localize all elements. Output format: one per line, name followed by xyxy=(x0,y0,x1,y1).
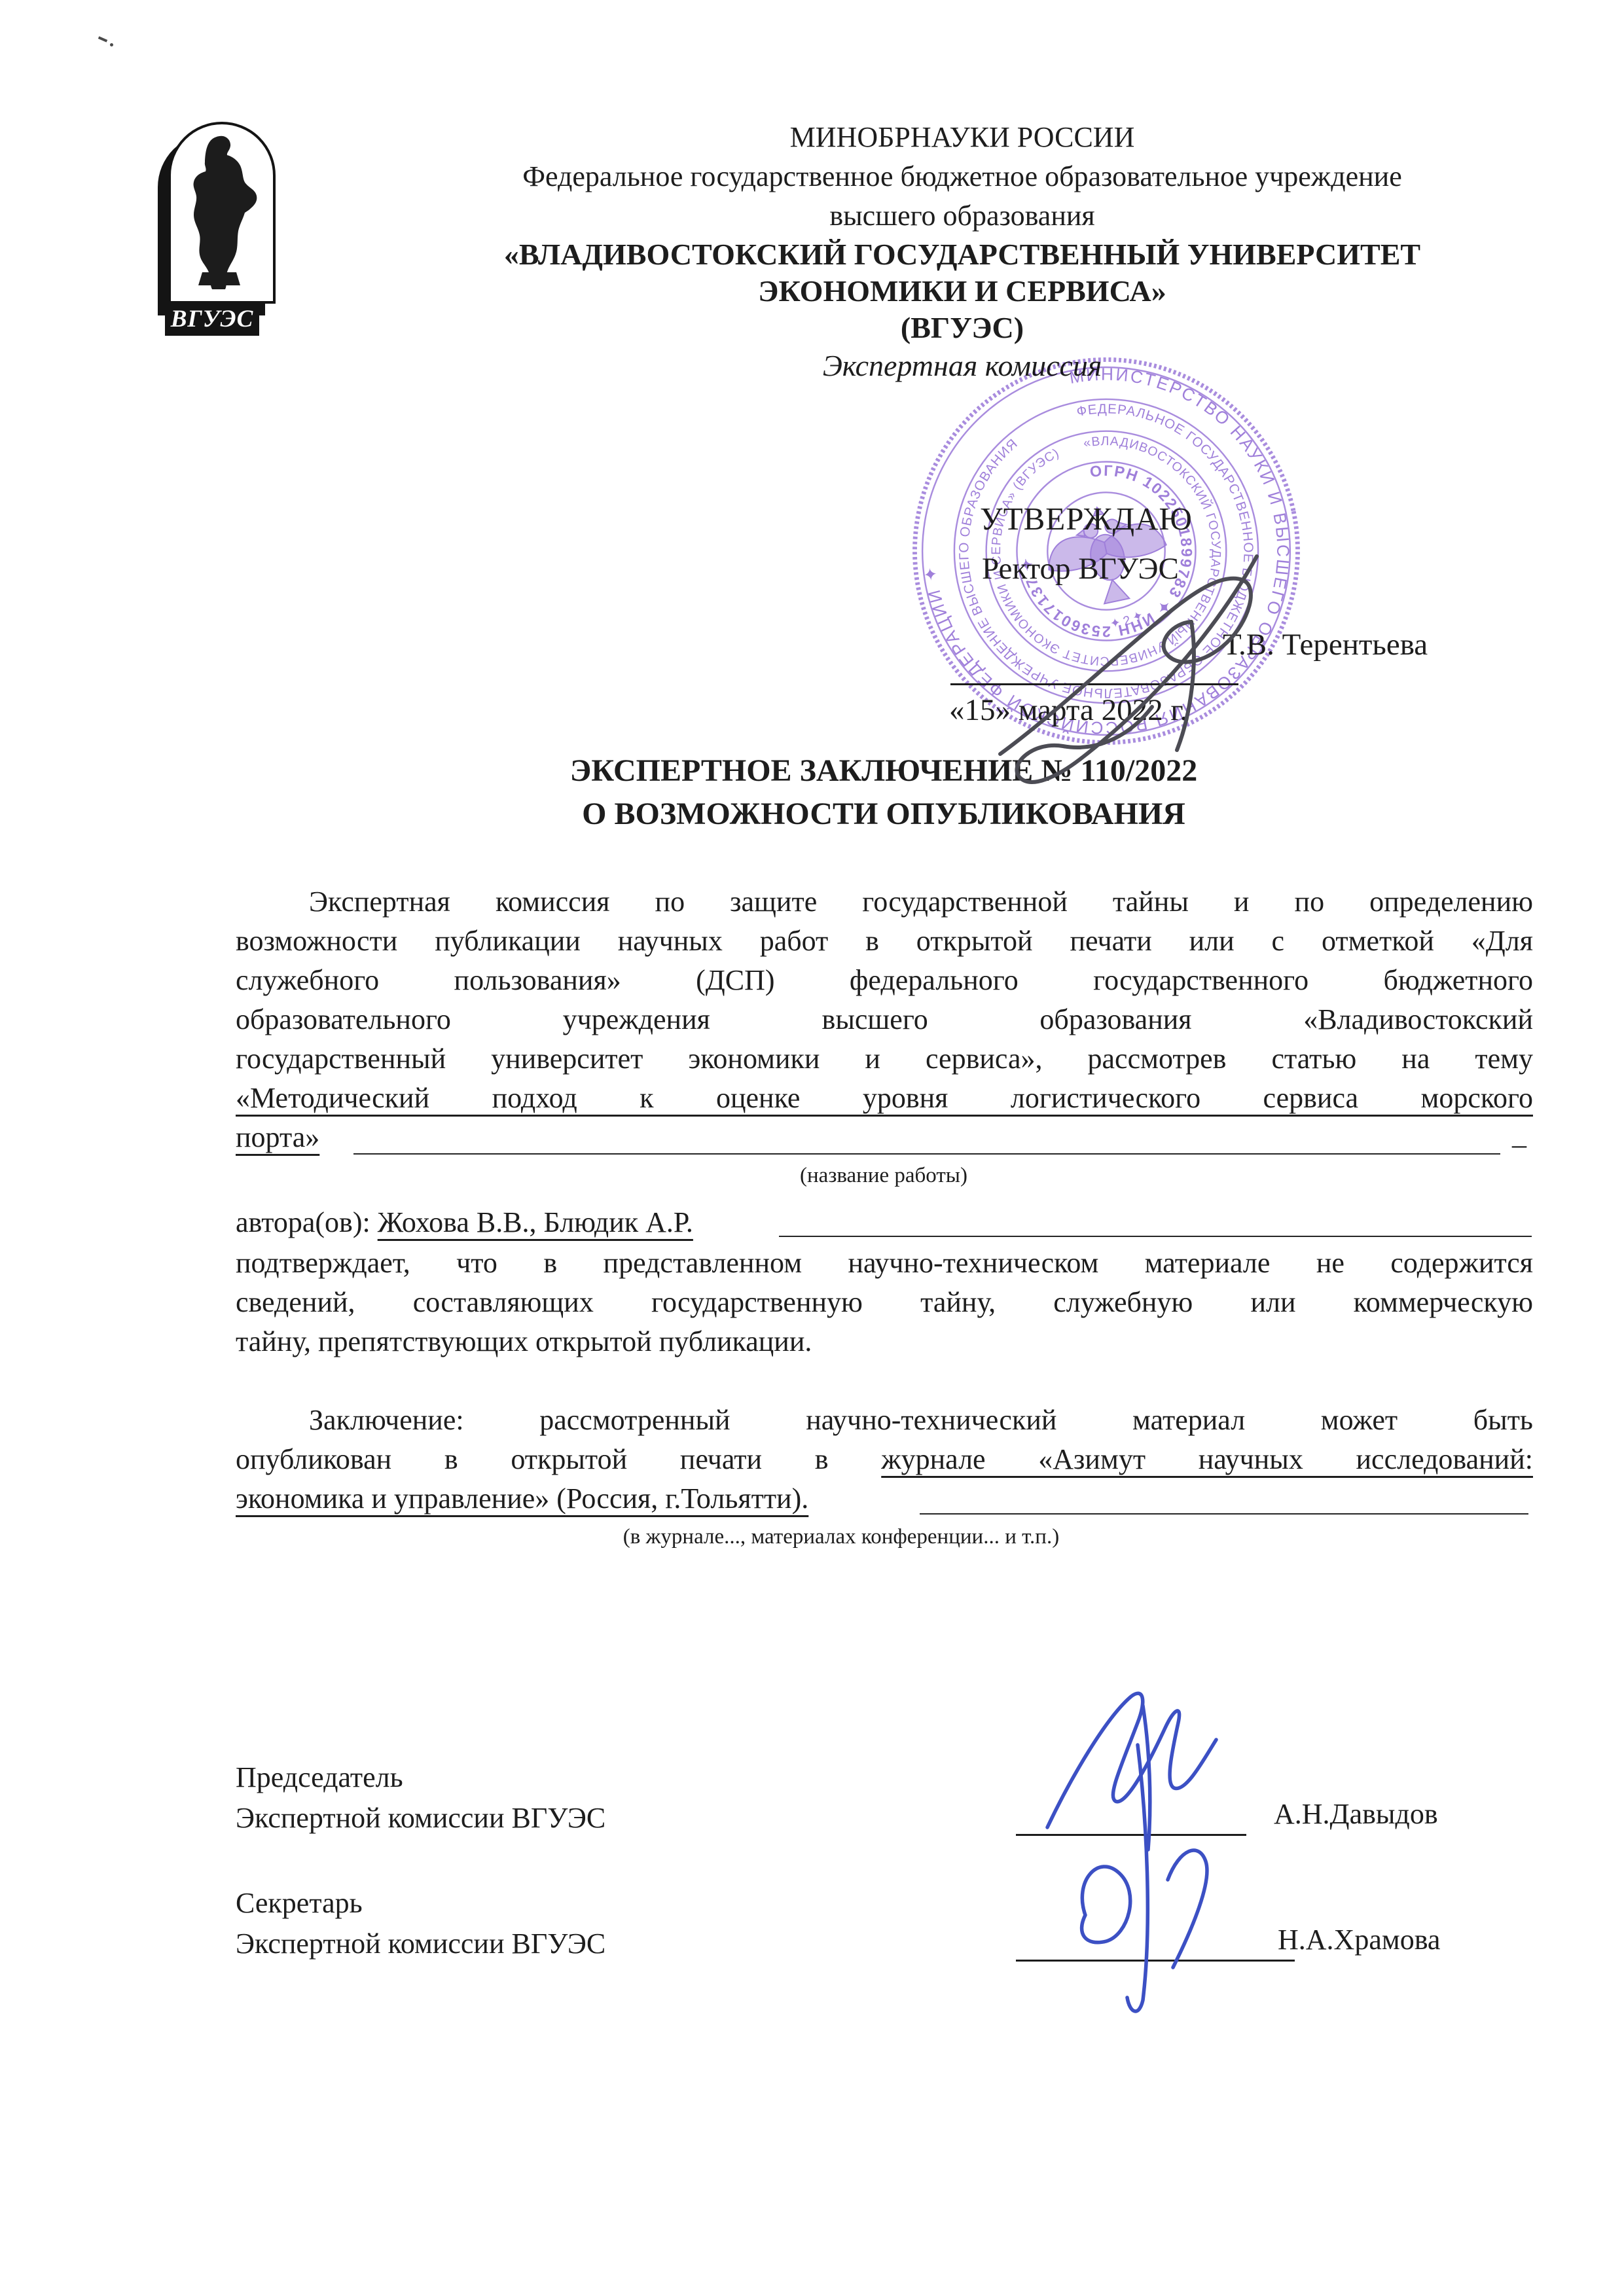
paragraph-1: Экспертная комиссия по защите государств… xyxy=(236,882,1533,1157)
university-acronym-line: (ВГУЭС) xyxy=(301,310,1623,345)
secretary-role-line-1: Секретарь xyxy=(236,1886,363,1920)
body-line: тайну, препятствующих открытой публикаци… xyxy=(236,1322,1533,1361)
journal-name-underlined-1: журнале «Азимут научных исследований: xyxy=(881,1443,1533,1475)
fill-line-authors xyxy=(779,1236,1532,1237)
body-line: подтверждает, что в представленном научн… xyxy=(236,1244,1533,1283)
body-line: образовательного учреждения высшего обра… xyxy=(236,1000,1533,1039)
body-line: государственный университет экономики и … xyxy=(236,1039,1533,1079)
university-name-line-1: «ВЛАДИВОСТОКСКИЙ ГОСУДАРСТВЕННЫЙ УНИВЕРС… xyxy=(301,237,1623,272)
journal-name-underlined-2: экономика и управление» (Россия, г.Толья… xyxy=(236,1482,808,1515)
conclusion-line-1: Заключение: рассмотренный научно-техниче… xyxy=(236,1401,1533,1440)
chairman-role-line-1: Председатель xyxy=(236,1761,403,1794)
chairman-role-line-2: Экспертной комиссии ВГУЭС xyxy=(236,1801,605,1835)
caption-journal: (в журнале..., материалах конференции...… xyxy=(236,1525,1447,1549)
document-page: ВГУЭС МИНОБРНАУКИ РОССИИ Федеральное гос… xyxy=(0,0,1624,2296)
statue-icon xyxy=(171,124,268,296)
university-acronym-badge: ВГУЭС xyxy=(165,303,259,336)
fill-line-work-title xyxy=(353,1153,1500,1155)
conclusion-line-2: опубликован в открытой печати в журнале … xyxy=(236,1440,1533,1479)
secretary-name: Н.А.Храмова xyxy=(1278,1923,1440,1956)
scan-artifact xyxy=(98,36,107,42)
paragraph-3: Заключение: рассмотренный научно-техниче… xyxy=(236,1401,1533,1518)
body-line: служебного пользования» (ДСП) федерально… xyxy=(236,961,1533,1000)
secretary-role-line-2: Экспертной комиссии ВГУЭС xyxy=(236,1927,605,1960)
body-line: Экспертная комиссия по защите государств… xyxy=(236,882,1533,922)
org-line-1: Федеральное государственное бюджетное об… xyxy=(301,160,1623,193)
article-title-end-underlined: порта» xyxy=(236,1121,319,1153)
university-name-line-2: ЭКОНОМИКИ И СЕРВИСА» xyxy=(301,274,1623,308)
article-title-line-underlined: «Методический подход к оценке уровня лог… xyxy=(236,1079,1533,1118)
rector-signature-ink xyxy=(916,458,1388,825)
authors-names-underlined: Жохова В.В., Блюдик А.Р. xyxy=(378,1206,693,1238)
trailing-underscore: _ xyxy=(1512,1118,1526,1151)
body-line: сведений, составляющих государственную т… xyxy=(236,1283,1533,1322)
caption-work-title: (название работы) xyxy=(236,1164,1532,1188)
body-line: возможности публикации научных работ в о… xyxy=(236,922,1533,961)
logo-acronym-label: ВГУЭС xyxy=(171,306,254,332)
fill-line-journal xyxy=(920,1513,1528,1515)
org-line-2: высшего образования xyxy=(301,199,1623,232)
authors-prefix: автора(ов): xyxy=(236,1206,378,1238)
chairman-name: А.Н.Давыдов xyxy=(1274,1797,1438,1831)
conclusion-line-2-plain: опубликован в открытой печати в xyxy=(236,1443,881,1475)
ministry-line: МИНОБРНАУКИ РОССИИ xyxy=(301,120,1623,154)
university-emblem-arch xyxy=(168,122,276,304)
paragraph-2: подтверждает, что в представленном научн… xyxy=(236,1244,1533,1361)
secretary-signature-ink xyxy=(1008,1715,1296,2022)
scan-artifact xyxy=(110,43,113,46)
